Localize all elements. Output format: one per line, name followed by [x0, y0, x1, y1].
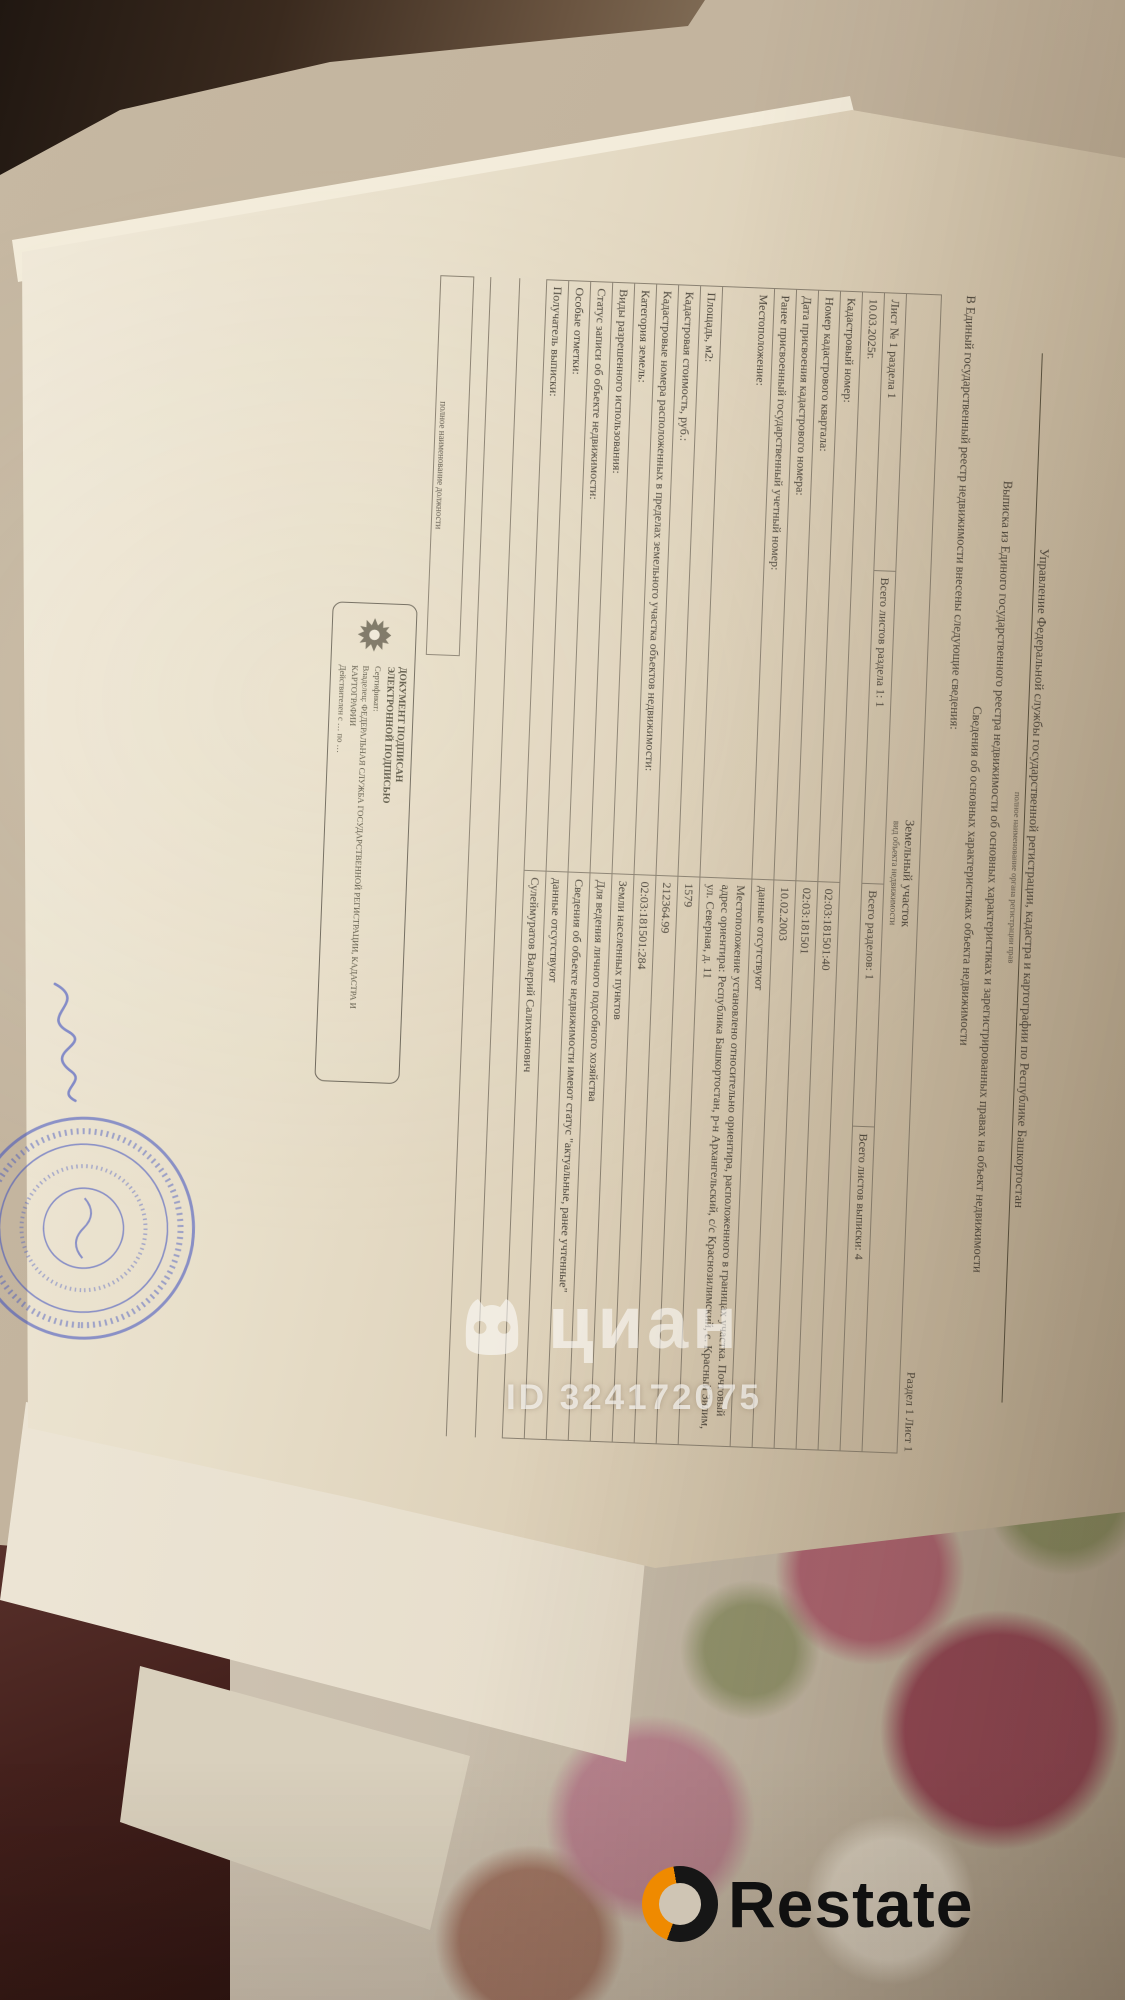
- land-plot-table: Земельный участок вид объекта недвижимос…: [502, 279, 942, 1453]
- owl-icon: [452, 1283, 532, 1363]
- cian-watermark-text: циан: [548, 1286, 741, 1360]
- electronic-signature-stamp: ДОКУМЕНТ ПОДПИСАН ЭЛЕКТРОННОЙ ПОДПИСЬЮ С…: [314, 601, 418, 1084]
- position-caption: полное наименование должности: [434, 401, 449, 529]
- round-blue-stamp: [0, 1108, 204, 1349]
- cian-watermark: циан: [452, 1283, 741, 1363]
- position-name-box: полное наименование должности: [426, 275, 475, 656]
- restate-logo-text: Restate: [728, 1866, 973, 1942]
- photo-of-document: Управление Федеральной службы государств…: [0, 0, 1125, 2000]
- eagle-emblem-icon: [352, 613, 396, 657]
- listing-id-watermark: ID 324172075: [506, 1378, 762, 1418]
- pen-signature: [20, 975, 110, 1108]
- restate-logo-icon: [642, 1866, 718, 1942]
- restate-logo: Restate: [642, 1866, 973, 1942]
